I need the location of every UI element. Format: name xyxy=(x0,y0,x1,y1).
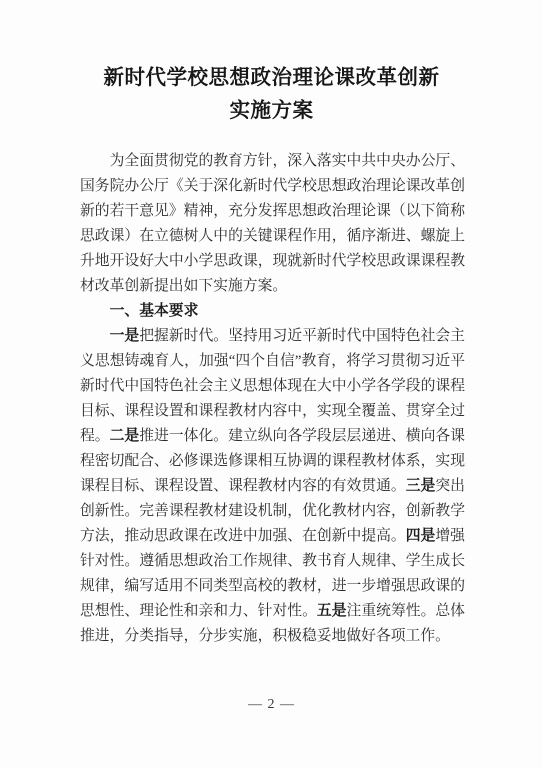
bold-text-segment: 二是 xyxy=(110,428,140,444)
text-segment: 把握新时代。坚持用习近平新时代中国特色社会主义思想铸魂育人，加强“四个自信”教育… xyxy=(80,328,465,444)
body-paragraph: 为全面贯彻党的教育方针，深入落实中共中央办公厅、国务院办公厅《关于深化新时代学校… xyxy=(80,149,465,299)
bold-text-segment: 四是 xyxy=(406,528,436,544)
document-title-line-1: 新时代学校思想政治理论课改革创新 xyxy=(40,62,503,95)
document-body: 为全面贯彻党的教育方针，深入落实中共中央办公厅、国务院办公厅《关于深化新时代学校… xyxy=(80,149,465,649)
document-title-line-2: 实施方案 xyxy=(40,95,503,128)
page-footer: — 2 — xyxy=(0,697,543,713)
document-page: 新时代学校思想政治理论课改革创新 实施方案 为全面贯彻党的教育方针，深入落实中共… xyxy=(0,0,543,768)
bold-text-segment: 五是 xyxy=(317,603,347,619)
section-heading: 一、基本要求 xyxy=(80,299,465,324)
text-segment: 为全面贯彻党的教育方针，深入落实中共中央办公厅、国务院办公厅《关于深化新时代学校… xyxy=(80,153,465,294)
bold-text-segment: 一、基本要求 xyxy=(110,303,199,319)
body-paragraph: 一是把握新时代。坚持用习近平新时代中国特色社会主义思想铸魂育人，加强“四个自信”… xyxy=(80,324,465,649)
bold-text-segment: 三是 xyxy=(406,478,436,494)
bold-text-segment: 一是 xyxy=(110,328,140,344)
document-title: 新时代学校思想政治理论课改革创新 实施方案 xyxy=(40,62,503,128)
page-number: — 2 — xyxy=(248,697,295,712)
